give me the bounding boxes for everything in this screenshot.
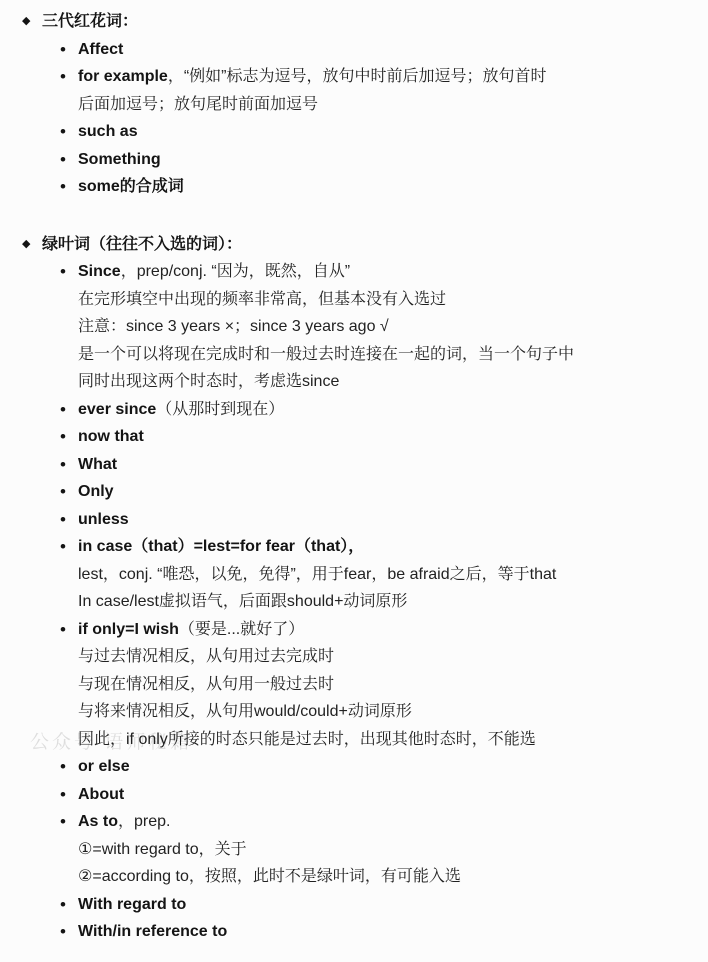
item-continuation-line: 后面加逗号；放句尾时前面加逗号 [78,91,688,119]
section-heading-row: ◆绿叶词（往往不入选的词）： [0,231,708,259]
list-item: •unless [0,506,708,534]
item-lead: now that [78,428,144,445]
item-lead: in case（that）=lest=for fear（that）， [78,538,364,555]
dot-bullet-icon: • [60,478,78,506]
list-item: •for example，“例如”标志为逗号，放句中时前后加逗号；放句首时后面加… [0,63,708,118]
item-lead: As to [78,813,118,830]
dot-bullet-icon: • [60,423,78,451]
list-item-first-line: •now that [0,423,708,451]
list-item-content: Since，prep/conj. “因为，既然，自从” [78,258,706,286]
list-item: •What [0,451,708,479]
item-lead: Something [78,151,161,168]
list-item: •With/in reference to [0,918,708,946]
list-item-first-line: •in case（that）=lest=for fear（that）， [0,533,708,561]
list-item-first-line: •Affect [0,36,708,64]
list-item: •if only=I wish（要是...就好了）与过去情况相反，从句用过去完成… [0,616,708,754]
item-continuation-line: 因此，if only所接的时态只能是过去时，出现其他时态时，不能选 [78,726,688,754]
list-item-first-line: •Only [0,478,708,506]
list-item-content: What [78,451,706,479]
item-lead: for example [78,68,168,85]
item-continuation-line: ①=with regard to，关于 [78,836,688,864]
section-heading: 绿叶词（往往不入选的词）： [42,231,242,259]
notes-document: 公众号 语师秘籍 ◆三代红花词：•Affect•for example，“例如”… [0,0,708,962]
list-item-content: or else [78,753,706,781]
list-item: •Something [0,146,708,174]
item-lead: Since [78,263,121,280]
list-item-content: With/in reference to [78,918,706,946]
item-rest: （从那时到现在） [156,401,284,418]
list-item-content: such as [78,118,706,146]
list-item-first-line: •or else [0,753,708,781]
list-item-first-line: •Something [0,146,708,174]
item-lead: Only [78,483,114,500]
list-item-content: for example，“例如”标志为逗号，放句中时前后加逗号；放句首时 [78,63,706,91]
list-item-content: ever since（从那时到现在） [78,396,706,424]
list-item-content: Something [78,146,706,174]
section-heading: 三代红花词： [42,8,138,36]
dot-bullet-icon: • [60,173,78,201]
list-item: •in case（that）=lest=for fear（that），lest，… [0,533,708,616]
list-item: •Only [0,478,708,506]
dot-bullet-icon: • [60,258,78,286]
item-lead: some的合成词 [78,178,184,195]
item-continuation-line: In case/lest虚拟语气，后面跟should+动词原形 [78,588,688,616]
list-item-content: now that [78,423,706,451]
item-lead: such as [78,123,138,140]
dot-bullet-icon: • [60,396,78,424]
list-item-first-line: •With/in reference to [0,918,708,946]
dot-bullet-icon: • [60,891,78,919]
diamond-bullet-icon: ◆ [22,8,42,36]
list-item-first-line: •What [0,451,708,479]
item-lead: Affect [78,41,123,58]
dot-bullet-icon: • [60,808,78,836]
dot-bullet-icon: • [60,118,78,146]
item-continuation-line: 与将来情况相反，从句用would/could+动词原形 [78,698,688,726]
list-item: •ever since（从那时到现在） [0,396,708,424]
list-item-content: About [78,781,706,809]
list-item-first-line: •if only=I wish（要是...就好了） [0,616,708,644]
list-item-first-line: •for example，“例如”标志为逗号，放句中时前后加逗号；放句首时 [0,63,708,91]
section: ◆绿叶词（往往不入选的词）：•Since，prep/conj. “因为，既然，自… [0,231,708,946]
item-lead: With regard to [78,896,186,913]
item-continuation-line: 与现在情况相反，从句用一般过去时 [78,671,688,699]
item-continuation-line: 同时出现这两个时态时，考虑选since [78,368,688,396]
item-rest: ，prep/conj. “因为，既然，自从” [121,263,350,280]
list-item-content: Affect [78,36,706,64]
list-item: •With regard to [0,891,708,919]
item-continuation-line: 与过去情况相反，从句用过去完成时 [78,643,688,671]
list-item: •About [0,781,708,809]
list-item-first-line: •some的合成词 [0,173,708,201]
dot-bullet-icon: • [60,451,78,479]
item-lead: if only=I wish [78,621,179,638]
list-item-content: Only [78,478,706,506]
list-item-first-line: •ever since（从那时到现在） [0,396,708,424]
list-item: •some的合成词 [0,173,708,201]
item-continuation-line: ②=according to，按照，此时不是绿叶词，有可能入选 [78,863,688,891]
dot-bullet-icon: • [60,781,78,809]
item-lead: What [78,456,117,473]
item-lead: or else [78,758,130,775]
dot-bullet-icon: • [60,146,78,174]
list-item-first-line: •Since，prep/conj. “因为，既然，自从” [0,258,708,286]
list-item-first-line: •such as [0,118,708,146]
list-item-content: With regard to [78,891,706,919]
item-rest: ，prep. [118,813,170,830]
section: ◆三代红花词：•Affect•for example，“例如”标志为逗号，放句中… [0,8,708,201]
item-lead: ever since [78,401,156,418]
list-item-content: if only=I wish（要是...就好了） [78,616,706,644]
list-item: •now that [0,423,708,451]
list-item-content: As to，prep. [78,808,706,836]
dot-bullet-icon: • [60,63,78,91]
dot-bullet-icon: • [60,36,78,64]
list-item-first-line: •As to，prep. [0,808,708,836]
item-continuation-line: lest，conj. “唯恐，以免，免得”，用于fear，be afraid之后… [78,561,688,589]
list-item-first-line: •With regard to [0,891,708,919]
diamond-bullet-icon: ◆ [22,231,42,259]
dot-bullet-icon: • [60,918,78,946]
list-item: •or else [0,753,708,781]
item-continuation-line: 注意：since 3 years ×；since 3 years ago √ [78,313,688,341]
document-body: ◆三代红花词：•Affect•for example，“例如”标志为逗号，放句中… [0,0,708,946]
list-item: •As to，prep.①=with regard to，关于②=accordi… [0,808,708,891]
list-item: •such as [0,118,708,146]
item-lead: About [78,786,124,803]
item-lead: unless [78,511,129,528]
list-item: •Affect [0,36,708,64]
list-item: •Since，prep/conj. “因为，既然，自从”在完形填空中出现的频率非… [0,258,708,396]
item-lead: With/in reference to [78,923,227,940]
list-item-content: some的合成词 [78,173,706,201]
list-item-first-line: •About [0,781,708,809]
dot-bullet-icon: • [60,753,78,781]
section-heading-row: ◆三代红花词： [0,8,708,36]
dot-bullet-icon: • [60,616,78,644]
item-continuation-line: 是一个可以将现在完成时和一般过去时连接在一起的词，当一个句子中 [78,341,688,369]
item-continuation-line: 在完形填空中出现的频率非常高，但基本没有入选过 [78,286,688,314]
list-item-first-line: •unless [0,506,708,534]
item-rest: （要是...就好了） [179,621,304,638]
dot-bullet-icon: • [60,533,78,561]
list-item-content: in case（that）=lest=for fear（that）， [78,533,706,561]
list-item-content: unless [78,506,706,534]
dot-bullet-icon: • [60,506,78,534]
item-rest: ，“例如”标志为逗号，放句中时前后加逗号；放句首时 [168,68,547,85]
